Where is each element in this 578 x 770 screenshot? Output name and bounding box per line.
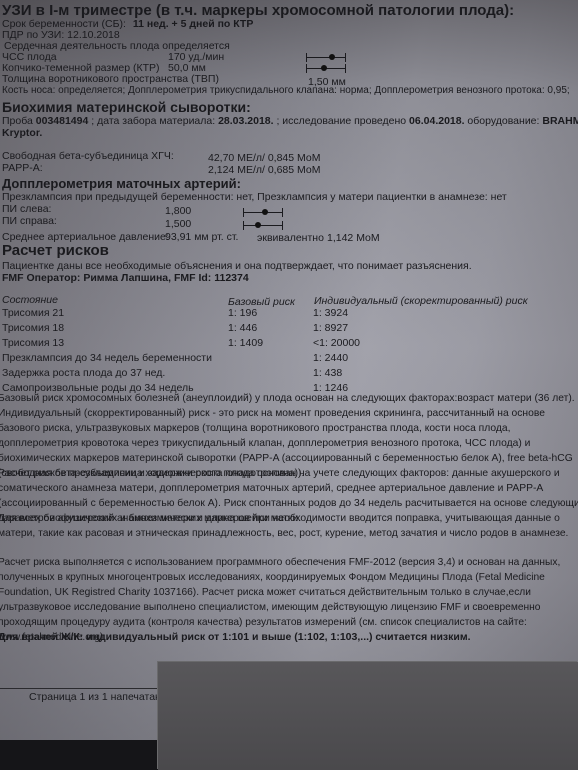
range-marker-dot — [329, 54, 335, 60]
fhr-range-indicator — [306, 53, 346, 63]
range-marker-dot — [321, 65, 327, 71]
overlapping-sheet — [158, 662, 578, 770]
risk-header-condition: Состояние — [2, 294, 58, 306]
pappa-label: PAPP-A: — [2, 162, 43, 174]
risk-condition: Трисомия 13 — [2, 337, 64, 349]
page-info: Страница 1 из 1 напечатана — [29, 691, 167, 703]
equipment: BRAHMS — [542, 115, 578, 127]
conclusion: Для врачей Ж/К: индивидуальный риск от 1… — [0, 631, 471, 643]
map-equiv-value: 1,142 МоМ — [327, 232, 380, 244]
range-marker-dot — [262, 209, 268, 215]
fmf-operator: FMF Оператор: Римма Лапшина, FMF Id: 112… — [2, 272, 249, 284]
ultrasound-title: УЗИ в I-м триместре (в т.ч. маркеры хром… — [2, 2, 514, 19]
pi-left-range-indicator — [243, 208, 283, 218]
table-edge — [0, 740, 160, 770]
risk-individual: <1: 20000 — [313, 337, 360, 349]
note-adjustment: Для всех биофизических и биохимических м… — [0, 511, 578, 541]
risk-individual: 1: 438 — [313, 367, 342, 379]
sample-info: Проба 003481494 ; дата забора материала:… — [2, 115, 578, 127]
preeclampsia-history: Презклампсия при предыдущей беременности… — [2, 191, 507, 203]
risk-individual: 1: 2440 — [313, 352, 348, 364]
range-marker-dot — [255, 222, 261, 228]
document-page: УЗИ в I-м триместре (в т.ч. маркеры хром… — [0, 0, 578, 770]
risk-base: 1: 1409 — [228, 337, 263, 349]
consent-text: Пациентке даны все необходимые объяснени… — [2, 260, 472, 272]
nt-label: Толщина воротникового пространства (ТВП) — [2, 73, 219, 85]
collection-date: 28.03.2018. — [218, 115, 273, 127]
risk-individual: 1: 3924 — [313, 307, 348, 319]
risk-condition: Трисомия 21 — [2, 307, 64, 319]
gestation-value: 11 нед. + 5 дней по КТР — [133, 18, 253, 30]
footer-rule — [0, 688, 165, 689]
crl-range-indicator — [306, 64, 346, 74]
map-equiv-label: эквивалентно — [257, 232, 324, 244]
risk-base: 1: 446 — [228, 322, 257, 334]
test-date: 06.04.2018. — [409, 115, 464, 127]
pi-left-value: 1,800 — [165, 205, 191, 217]
doppler-title: Допплерометрия маточных артерий: — [2, 176, 241, 191]
hcg-label: Свободная бета-субъединица ХГЧ: — [2, 150, 174, 162]
risk-base: 1: 196 — [228, 307, 257, 319]
equipment-continued: Kryptor. — [2, 127, 42, 139]
ultrasound-findings: Кость носа: определяется; Допплерометрия… — [2, 85, 570, 96]
pi-left-label: ПИ слева: — [2, 203, 51, 215]
risk-condition: Трисомия 18 — [2, 322, 64, 334]
risk-condition: Задержка роста плода до 37 нед. — [2, 367, 165, 379]
pi-right-value: 1,500 — [165, 218, 191, 230]
sample-id: 003481494 — [36, 115, 89, 127]
risk-condition: Презклампсия до 34 недель беременности — [2, 352, 212, 364]
pi-right-label: ПИ справа: — [2, 215, 57, 227]
biochemistry-title: Биохимия материнской сыворотки: — [2, 99, 251, 115]
map-value: 93,91 мм рт. ст. — [165, 231, 238, 243]
pi-right-range-indicator — [243, 221, 283, 231]
hcg-value: 42,70 МЕ/л/ 0,845 МоМ — [208, 152, 320, 164]
risk-header-individual: Индивидуальный (скоректированный) риск — [314, 295, 528, 307]
pappa-value: 2,124 МЕ/л/ 0,685 МоМ — [208, 164, 320, 176]
risks-title: Расчет рисков — [2, 242, 109, 259]
risk-individual: 1: 8927 — [313, 322, 348, 334]
